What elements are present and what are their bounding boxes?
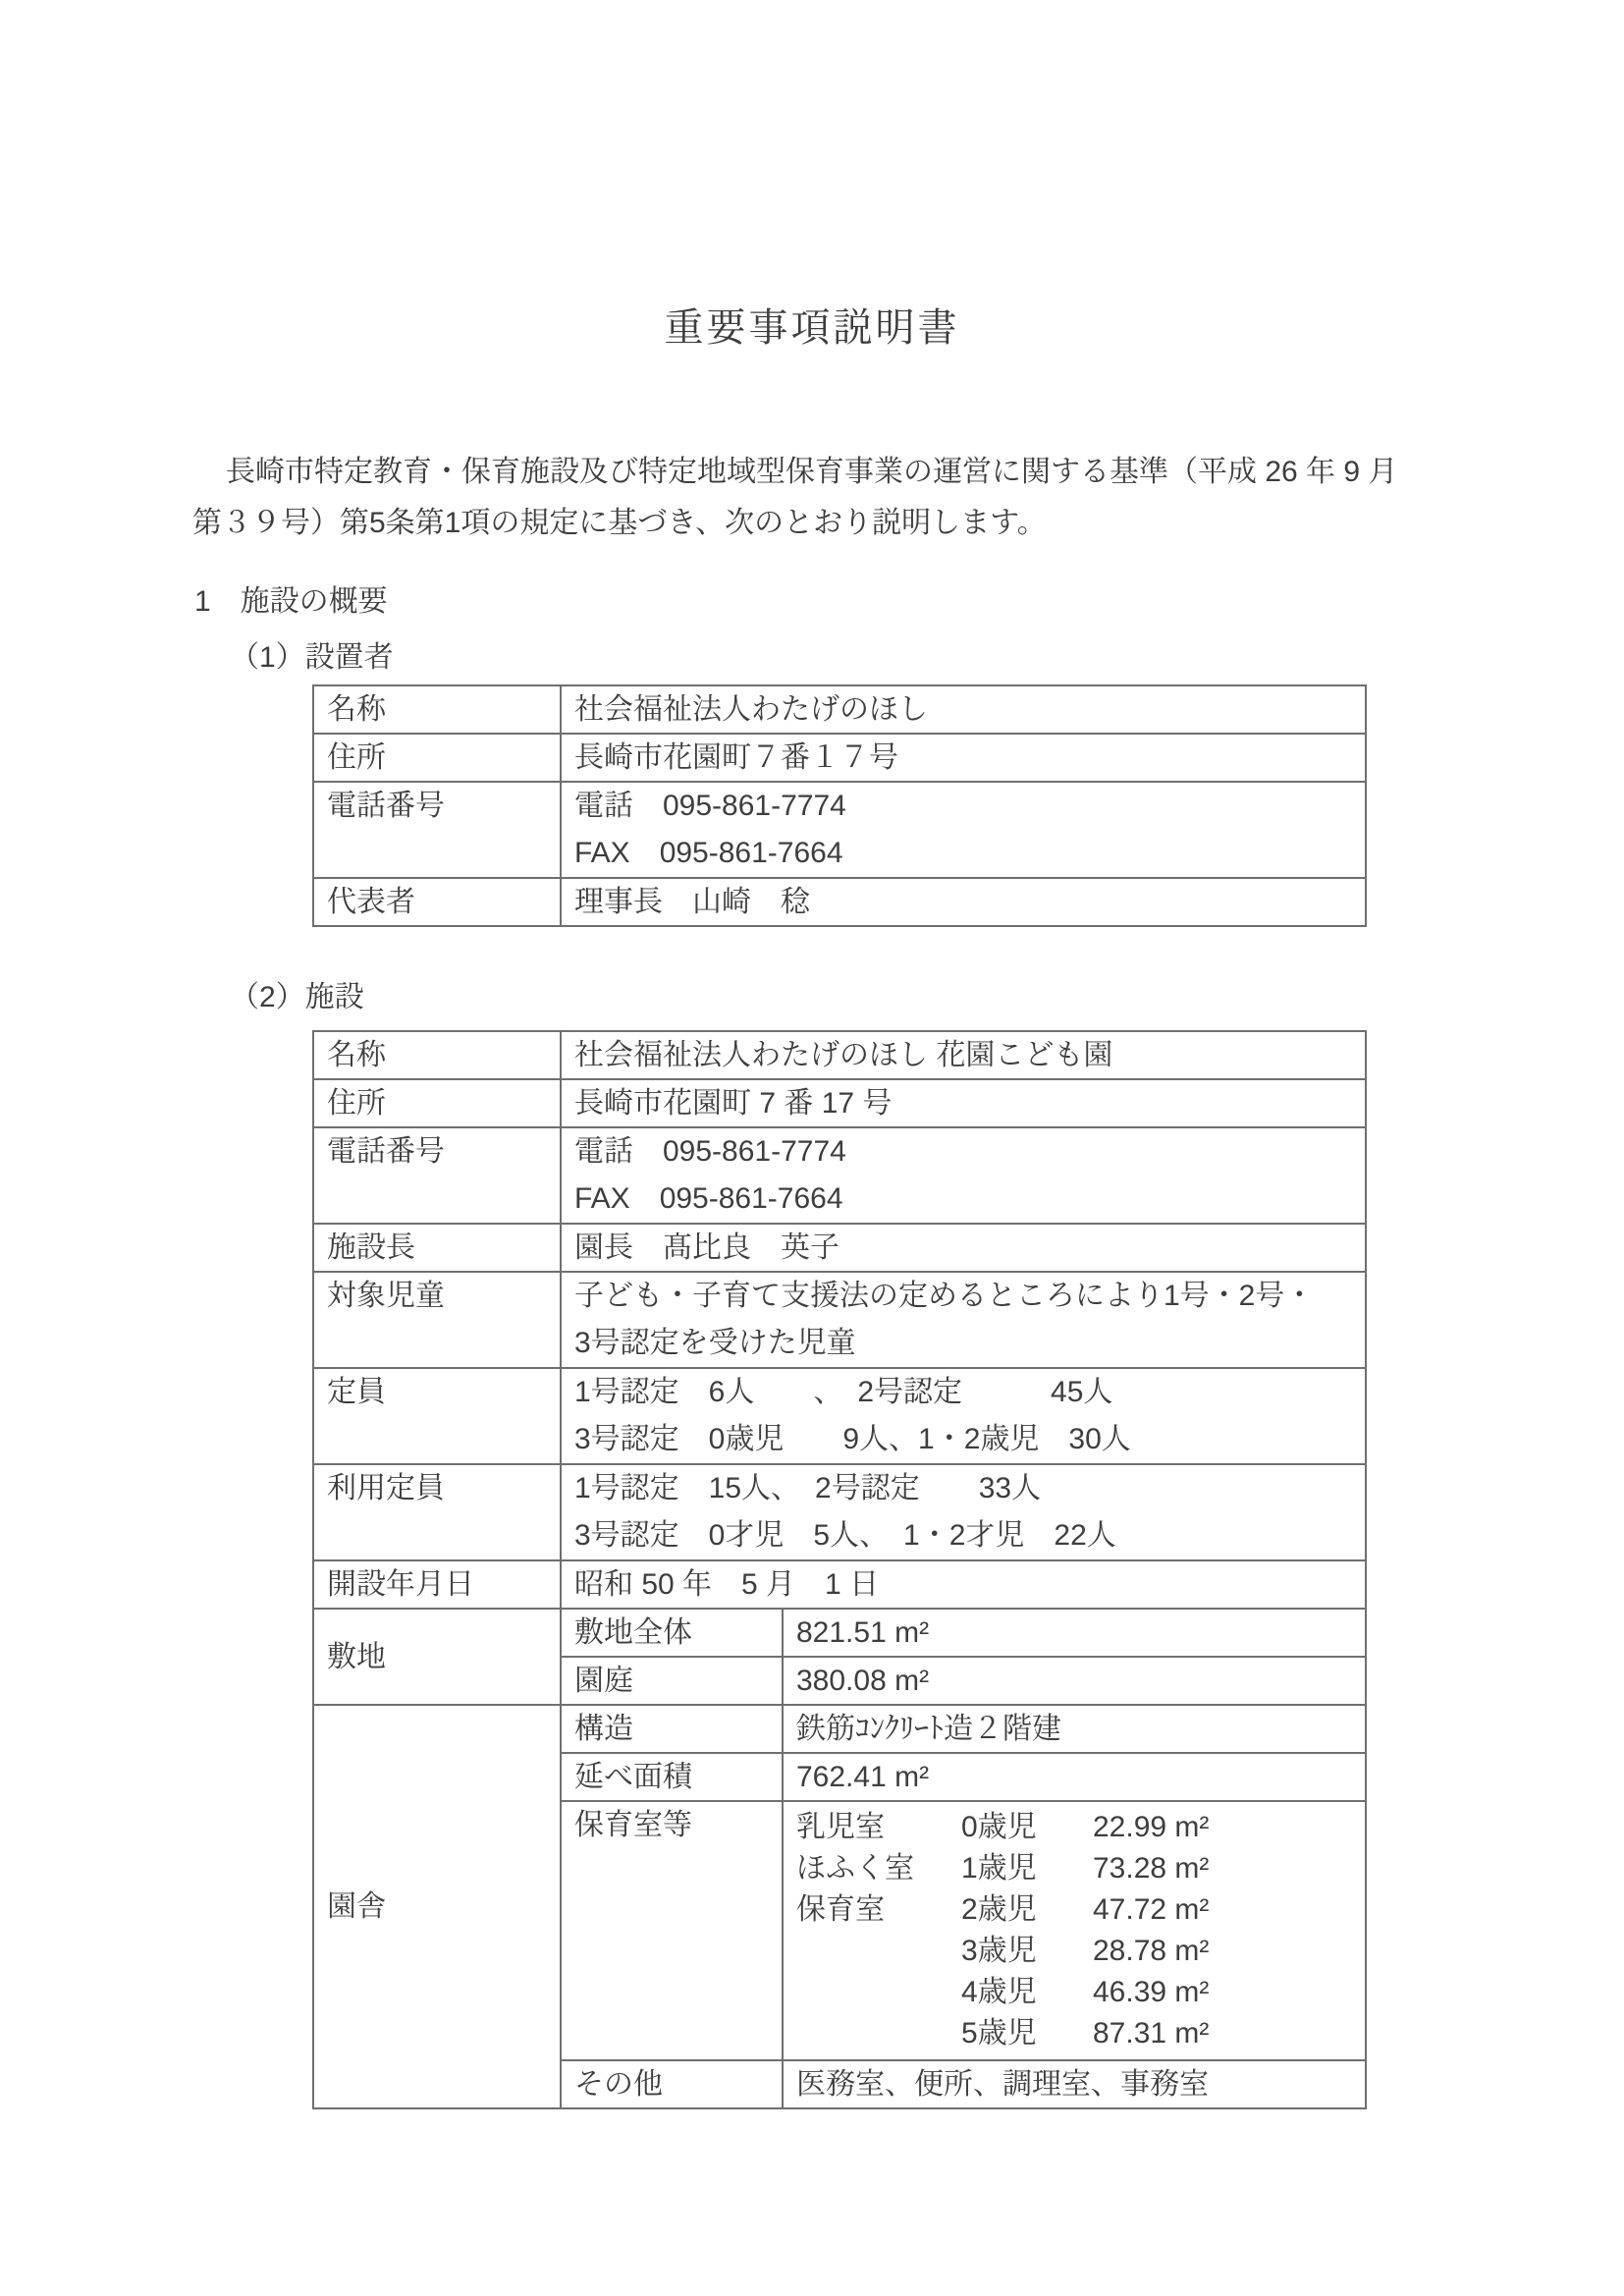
row-value: 長崎市花園町 7 番 17 号 xyxy=(561,1079,1366,1127)
document-title: 重要事項説明書 xyxy=(0,0,1624,353)
row-label: 電話番号 xyxy=(313,1127,561,1224)
age-class: 0歳児 xyxy=(961,1807,1093,1848)
row-label: 施設長 xyxy=(313,1224,561,1272)
row-label: 住所 xyxy=(313,1079,561,1127)
room-area: 22.99 m² xyxy=(1093,1807,1352,1848)
row-value: 理事長 山崎 稔 xyxy=(561,878,1366,926)
row-label: 開設年月日 xyxy=(313,1560,561,1609)
scanned-document-page: 重要事項説明書 長崎市特定教育・保育施設及び特定地域型保育事業の運営に関する基準… xyxy=(0,0,1624,2296)
row-value: 821.51 m² xyxy=(783,1609,1366,1657)
row-sublabel: 保育室等 xyxy=(561,1801,783,2060)
table-row: 住所 長崎市花園町７番１７号 xyxy=(313,734,1366,782)
row-label: 名称 xyxy=(313,685,561,734)
phone-line: 電話 095-861-7774 xyxy=(574,1128,1352,1175)
intro-line: 第３９号）第5条第1項の規定に基づき、次のとおり説明します。 xyxy=(192,498,1506,549)
row-value: 1号認定 15人、 2号認定 33人 3号認定 0才児 5人、 1・2才児 22… xyxy=(561,1464,1366,1560)
nursery-room-line: 3歳児 28.78 m² xyxy=(796,1931,1352,1972)
row-sublabel: 敷地全体 xyxy=(561,1609,783,1657)
capacity-line: 1号認定 6人 、 2号認定 45人 xyxy=(574,1369,1352,1416)
row-value: 鉄筋ｺﾝｸﾘｰﾄ造２階建 xyxy=(783,1705,1366,1753)
room-area: 73.28 m² xyxy=(1093,1848,1352,1889)
nursery-room-line: 乳児室 0歳児 22.99 m² xyxy=(796,1807,1352,1848)
room-area: 47.72 m² xyxy=(1093,1889,1352,1931)
fax-line: FAX 095-861-7664 xyxy=(574,830,1352,877)
usage-capacity-line: 1号認定 15人、 2号認定 33人 xyxy=(574,1465,1352,1512)
row-value: 1号認定 6人 、 2号認定 45人 3号認定 0歳児 9人、1・2歳児 30人 xyxy=(561,1368,1366,1464)
row-value: 社会福祉法人わたげのほし 花園こども園 xyxy=(561,1031,1366,1079)
room-name: 保育室 xyxy=(796,1889,961,1931)
room-name xyxy=(796,2013,961,2054)
phone-line: 電話 095-861-7774 xyxy=(574,783,1352,830)
target-children-line: 3号認定を受けた児童 xyxy=(574,1320,1352,1367)
row-label: 代表者 xyxy=(313,878,561,926)
subsection-heading-establisher: （1）設置者 xyxy=(230,632,1624,676)
age-class: 1歳児 xyxy=(961,1848,1093,1889)
nursery-room-line: 保育室 2歳児 47.72 m² xyxy=(796,1889,1352,1931)
room-area: 28.78 m² xyxy=(1093,1931,1352,1972)
row-label: 住所 xyxy=(313,734,561,782)
row-value: 園長 髙比良 英子 xyxy=(561,1224,1366,1272)
nursery-room-line: ほふく室 1歳児 73.28 m² xyxy=(796,1848,1352,1889)
site-group-label: 敷地 xyxy=(313,1609,561,1705)
row-sublabel: 園庭 xyxy=(561,1657,783,1705)
row-label: 電話番号 xyxy=(313,782,561,878)
row-value: 昭和 50 年 5 月 1 日 xyxy=(561,1560,1366,1609)
table-row: 電話番号 電話 095-861-7774 FAX 095-861-7664 xyxy=(313,1127,1366,1224)
nursery-rooms-cell: 乳児室 0歳児 22.99 m² ほふく室 1歳児 73.28 m² 保育室 2… xyxy=(783,1801,1366,2060)
building-group-label: 園舎 xyxy=(313,1705,561,2108)
table-row: 住所 長崎市花園町 7 番 17 号 xyxy=(313,1079,1366,1127)
row-label: 対象児童 xyxy=(313,1272,561,1368)
row-value: 長崎市花園町７番１７号 xyxy=(561,734,1366,782)
section-heading-facility-overview: 1 施設の概要 xyxy=(194,576,1624,620)
nursery-room-line: 4歳児 46.39 m² xyxy=(796,1972,1352,2013)
table-row: 利用定員 1号認定 15人、 2号認定 33人 3号認定 0才児 5人、 1・2… xyxy=(313,1464,1366,1560)
table-row: 敷地 敷地全体 821.51 m² xyxy=(313,1609,1366,1657)
row-value: 762.41 m² xyxy=(783,1753,1366,1801)
age-class: 4歳児 xyxy=(961,1972,1093,2013)
age-class: 2歳児 xyxy=(961,1889,1093,1931)
facility-table: 名称 社会福祉法人わたげのほし 花園こども園 住所 長崎市花園町 7 番 17 … xyxy=(312,1030,1367,2109)
table-row: 代表者 理事長 山崎 稔 xyxy=(313,878,1366,926)
row-label: 名称 xyxy=(313,1031,561,1079)
room-name xyxy=(796,1972,961,2013)
intro-line: 長崎市特定教育・保育施設及び特定地域型保育事業の運営に関する基準（平成 26 年… xyxy=(192,447,1506,498)
fax-line: FAX 095-861-7664 xyxy=(574,1175,1352,1223)
capacity-line: 3号認定 0歳児 9人、1・2歳児 30人 xyxy=(574,1416,1352,1463)
table-row: 名称 社会福祉法人わたげのほし xyxy=(313,685,1366,734)
table-row: 名称 社会福祉法人わたげのほし 花園こども園 xyxy=(313,1031,1366,1079)
table-row: 園舎 構造 鉄筋ｺﾝｸﾘｰﾄ造２階建 xyxy=(313,1705,1366,1753)
row-sublabel: 構造 xyxy=(561,1705,783,1753)
table-row: 電話番号 電話 095-861-7774 FAX 095-861-7664 xyxy=(313,782,1366,878)
row-value: 社会福祉法人わたげのほし xyxy=(561,685,1366,734)
row-sublabel: その他 xyxy=(561,2060,783,2108)
row-sublabel: 延べ面積 xyxy=(561,1753,783,1801)
row-value: 380.08 m² xyxy=(783,1657,1366,1705)
room-area: 46.39 m² xyxy=(1093,1972,1352,2013)
room-area: 87.31 m² xyxy=(1093,2013,1352,2054)
row-value: 子ども・子育て支援法の定めるところにより1号・2号・ 3号認定を受けた児童 xyxy=(561,1272,1366,1368)
table-row: 開設年月日 昭和 50 年 5 月 1 日 xyxy=(313,1560,1366,1609)
row-label: 利用定員 xyxy=(313,1464,561,1560)
room-name xyxy=(796,1931,961,1972)
nursery-room-line: 5歳児 87.31 m² xyxy=(796,2013,1352,2054)
establisher-table: 名称 社会福祉法人わたげのほし 住所 長崎市花園町７番１７号 電話番号 電話 0… xyxy=(312,684,1367,927)
age-class: 3歳児 xyxy=(961,1931,1093,1972)
subsection-heading-facility: （2）施設 xyxy=(230,972,1624,1015)
usage-capacity-line: 3号認定 0才児 5人、 1・2才児 22人 xyxy=(574,1512,1352,1559)
room-name: ほふく室 xyxy=(796,1848,961,1889)
intro-paragraph: 長崎市特定教育・保育施設及び特定地域型保育事業の運営に関する基準（平成 26 年… xyxy=(192,447,1506,549)
table-row: 対象児童 子ども・子育て支援法の定めるところにより1号・2号・ 3号認定を受けた… xyxy=(313,1272,1366,1368)
age-class: 5歳児 xyxy=(961,2013,1093,2054)
row-value: 電話 095-861-7774 FAX 095-861-7664 xyxy=(561,782,1366,878)
table-row: 施設長 園長 髙比良 英子 xyxy=(313,1224,1366,1272)
row-value: 医務室、便所、調理室、事務室 xyxy=(783,2060,1366,2108)
room-name: 乳児室 xyxy=(796,1807,961,1848)
row-value: 電話 095-861-7774 FAX 095-861-7664 xyxy=(561,1127,1366,1224)
row-label: 定員 xyxy=(313,1368,561,1464)
table-row: 定員 1号認定 6人 、 2号認定 45人 3号認定 0歳児 9人、1・2歳児 … xyxy=(313,1368,1366,1464)
target-children-line: 子ども・子育て支援法の定めるところにより1号・2号・ xyxy=(574,1273,1352,1320)
